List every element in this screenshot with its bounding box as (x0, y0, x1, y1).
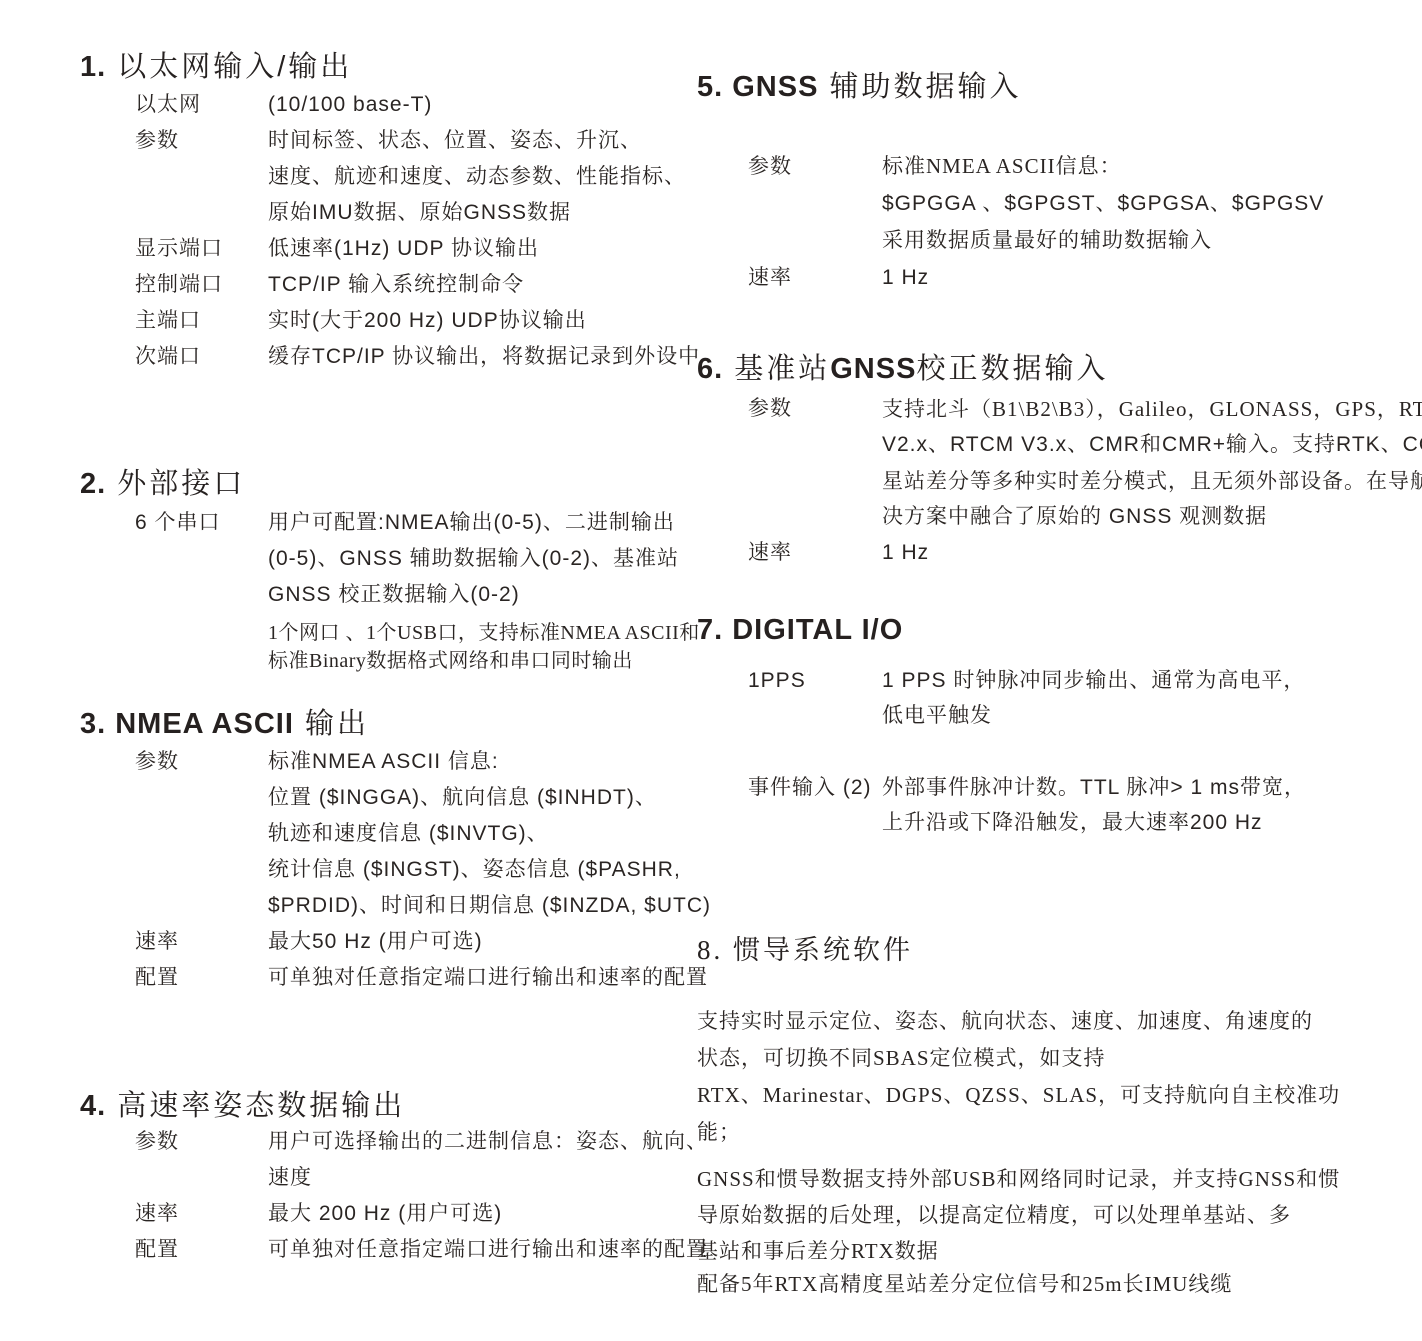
spec-row-event-input: 事件输入 (2) 外部事件脉冲计数。TTL 脉冲> 1 ms带宽， 上升沿或下降… (748, 770, 1398, 840)
spec-value-line: 上升沿或下降沿触发，最大速率200 Hz (882, 805, 1398, 840)
spec-label: 参数 (135, 744, 268, 780)
spec-value-line: GNSS 校正数据输入(0-2) (268, 577, 700, 613)
heading-title: 输出 (294, 708, 369, 740)
spec-row-ethernet: 以太网 (10/100 base-T) (135, 87, 695, 123)
section-1-heading: 1. 以太网输入/输出 (80, 44, 352, 85)
spec-value-line: 最大50 Hz (用户可选) (268, 924, 695, 960)
spec-value-line: TCP/IP 输入系统控制命令 (268, 267, 695, 303)
spec-label: 参数 (748, 391, 882, 427)
spec-row-params: 参数 标准NMEA ASCII信息： $GPGGA 、$GPGST、$GPGSA… (748, 148, 1398, 259)
section-5-heading: 5. GNSS 辅助数据输入 (697, 64, 1022, 105)
spec-row-main-port: 主端口 实时(大于200 Hz) UDP协议输出 (135, 303, 695, 339)
heading-title: 辅助数据输入 (818, 71, 1021, 103)
spec-row-config: 配置 可单独对任意指定端口进行输出和速率的配置 (135, 960, 695, 996)
spec-row-rate: 速率 1 Hz (748, 259, 1398, 296)
heading-title: 外部接口 (106, 468, 245, 500)
spec-label: 1PPS (748, 663, 882, 698)
spec-value-line: $GPGGA 、$GPGST、$GPGSA、$GPGSV (882, 185, 1398, 222)
section-2-rows: 6 个串口 用户可配置:NMEA输出(0-5)、二进制输出 (0-5)、GNSS… (135, 505, 695, 675)
spec-label: 参数 (135, 1124, 268, 1160)
paragraph-line: 导原始数据的后处理，以提高定位精度，可以处理单基站、多 (697, 1197, 1397, 1233)
heading-number: 3. NMEA ASCII (80, 708, 294, 740)
spec-value-line: 可单独对任意指定端口进行输出和速率的配置 (268, 1232, 708, 1268)
heading-title: 以太网输入/输出 (106, 51, 352, 83)
section-4-heading: 4. 高速率姿态数据输出 (80, 1083, 405, 1124)
paragraph-line: RTX、Marinestar、DGPS、QZSS、SLAS，可支持航向自主校准功 (697, 1077, 1397, 1114)
spec-value-line: 实时(大于200 Hz) UDP协议输出 (268, 303, 695, 339)
heading-number: 5. GNSS (697, 71, 818, 103)
spec-value-line: (10/100 base-T) (268, 87, 695, 123)
heading-title: 基准站 (723, 353, 830, 385)
section-6-rows: 参数 支持北斗（B1\B2\B3），Galileo，GLONASS，GPS，RT… (748, 391, 1408, 571)
spec-note-line: 1个网口 、1个USB口，支持标准NMEA ASCII和 (268, 619, 700, 647)
spec-label: 配置 (135, 960, 268, 996)
spec-row-params: 参数 支持北斗（B1\B2\B3），Galileo，GLONASS，GPS，RT… (748, 391, 1408, 535)
spec-note-line: 标准Binary数据格式网络和串口同时输出 (268, 647, 700, 675)
spec-value-line: 标准NMEA ASCII 信息: (268, 744, 711, 780)
spec-row-rate: 速率 1 Hz (748, 535, 1408, 571)
spec-value-line: 低电平触发 (882, 698, 1398, 733)
spec-label: 速率 (748, 259, 882, 296)
section-7-row-event-input: 事件输入 (2) 外部事件脉冲计数。TTL 脉冲> 1 ms带宽， 上升沿或下降… (748, 770, 1398, 840)
spec-label: 速率 (135, 924, 268, 960)
section-8-heading: 8. 惯导系统软件 (697, 928, 913, 967)
spec-label: 参数 (748, 148, 882, 185)
spec-value-line: 1 Hz (882, 535, 1408, 571)
spec-row-params: 参数 时间标签、状态、位置、姿态、升沉、 速度、航迹和速度、动态参数、性能指标、… (135, 123, 695, 231)
heading-title: 7. DIGITAL I/O (697, 614, 903, 646)
spec-value-line: 时间标签、状态、位置、姿态、升沉、 (268, 123, 695, 159)
paragraph-line: 支持实时显示定位、姿态、航向状态、速度、加速度、角速度的 (697, 1003, 1397, 1040)
spec-row-params: 参数 标准NMEA ASCII 信息: 位置 ($INGGA)、航向信息 ($I… (135, 744, 695, 924)
paragraph-line: 能； (697, 1114, 1397, 1151)
spec-value-line: 采用数据质量最好的辅助数据输入 (882, 222, 1398, 259)
spec-value-line: 决方案中融合了原始的 GNSS 观测数据 (882, 499, 1422, 535)
section-8-paragraph-3: 配备5年RTX高精度星站差分定位信号和25m长IMU线缆 (697, 1266, 1397, 1303)
section-6-heading: 6. 基准站GNSS校正数据输入 (697, 346, 1108, 387)
section-5-rows: 参数 标准NMEA ASCII信息： $GPGGA 、$GPGST、$GPGSA… (748, 148, 1398, 296)
spec-value-line: 统计信息 ($INGST)、姿态信息 ($PASHR, (268, 852, 711, 888)
spec-row-serial-ports: 6 个串口 用户可配置:NMEA输出(0-5)、二进制输出 (0-5)、GNSS… (135, 505, 695, 675)
spec-value-line: 支持北斗（B1\B2\B3），Galileo，GLONASS，GPS，RTCM (882, 391, 1422, 427)
section-4-rows: 参数 用户可选择输出的二进制信息：姿态、航向、 速度 速率 最大 200 Hz … (135, 1124, 695, 1268)
spec-value-line: (0-5)、GNSS 辅助数据输入(0-2)、基准站 (268, 541, 700, 577)
spec-label: 速率 (748, 535, 882, 571)
heading-title: 校正数据输入 (916, 353, 1108, 385)
spec-value-line: 标准NMEA ASCII信息： (882, 148, 1398, 185)
heading-title: 8. 惯导系统软件 (697, 935, 913, 965)
spec-value-line: 最大 200 Hz (用户可选) (268, 1196, 695, 1232)
spec-value-line: 速度 (268, 1160, 708, 1196)
section-8-paragraph-1: 支持实时显示定位、姿态、航向状态、速度、加速度、角速度的 状态，可切换不同SBA… (697, 1003, 1397, 1151)
spec-value-line: 1 PPS 时钟脉冲同步输出、通常为高电平， (882, 663, 1398, 698)
spec-value-line: 用户可配置:NMEA输出(0-5)、二进制输出 (268, 505, 700, 541)
section-2-heading: 2. 外部接口 (80, 461, 245, 502)
spec-label: 主端口 (135, 303, 268, 339)
section-7-row-1pps: 1PPS 1 PPS 时钟脉冲同步输出、通常为高电平， 低电平触发 (748, 663, 1398, 733)
spec-label: 次端口 (135, 339, 268, 375)
spec-value-line: 外部事件脉冲计数。TTL 脉冲> 1 ms带宽， (882, 770, 1398, 805)
section-7-heading: 7. DIGITAL I/O (697, 614, 903, 647)
paragraph-line: 状态，可切换不同SBAS定位模式，如支持 (697, 1040, 1397, 1077)
section-3-rows: 参数 标准NMEA ASCII 信息: 位置 ($INGGA)、航向信息 ($I… (135, 744, 695, 996)
spec-row-display-port: 显示端口 低速率(1Hz) UDP 协议输出 (135, 231, 695, 267)
spec-row-1pps: 1PPS 1 PPS 时钟脉冲同步输出、通常为高电平， 低电平触发 (748, 663, 1398, 733)
heading-number: 2. (80, 468, 106, 500)
spec-row-config: 配置 可单独对任意指定端口进行输出和速率的配置 (135, 1232, 695, 1268)
paragraph-line: 基站和事后差分RTX数据 (697, 1233, 1397, 1269)
spec-label: 速率 (135, 1196, 268, 1232)
spec-value-line: V2.x、RTCM V3.x、CMR和CMR+输入。支持RTK、CORS、 (882, 427, 1422, 463)
spec-label: 配置 (135, 1232, 268, 1268)
paragraph-line: 配备5年RTX高精度星站差分定位信号和25m长IMU线缆 (697, 1266, 1397, 1303)
heading-number: 4. (80, 1090, 106, 1122)
spec-value-line: 用户可选择输出的二进制信息：姿态、航向、 (268, 1124, 708, 1160)
spec-value-line: 1 Hz (882, 259, 1398, 296)
spec-label: 事件输入 (2) (748, 770, 882, 805)
spec-value-line: 原始IMU数据、原始GNSS数据 (268, 195, 695, 231)
paragraph-line: GNSS和惯导数据支持外部USB和网络同时记录，并支持GNSS和惯 (697, 1161, 1397, 1197)
spec-value-line: $PRDID)、时间和日期信息 ($INZDA, $UTC) (268, 888, 711, 924)
spec-row-params: 参数 用户可选择输出的二进制信息：姿态、航向、 速度 (135, 1124, 695, 1196)
spec-row-rate: 速率 最大50 Hz (用户可选) (135, 924, 695, 960)
spec-label: 显示端口 (135, 231, 268, 267)
spec-value-line: 缓存TCP/IP 协议输出，将数据记录到外设中 (268, 339, 700, 375)
spec-label: 控制端口 (135, 267, 268, 303)
spec-value-line: 低速率(1Hz) UDP 协议输出 (268, 231, 695, 267)
spec-value-line: 位置 ($INGGA)、航向信息 ($INHDT)、 (268, 780, 711, 816)
heading-number: 6. (697, 353, 723, 385)
spec-value-line: 轨迹和速度信息 ($INVTG)、 (268, 816, 711, 852)
heading-latin: GNSS (830, 353, 916, 385)
section-1-rows: 以太网 (10/100 base-T) 参数 时间标签、状态、位置、姿态、升沉、… (135, 87, 695, 375)
spec-value-line: 可单独对任意指定端口进行输出和速率的配置 (268, 960, 708, 996)
heading-number: 1. (80, 51, 106, 83)
spec-row-rate: 速率 最大 200 Hz (用户可选) (135, 1196, 695, 1232)
spec-label: 参数 (135, 123, 268, 159)
spec-label: 以太网 (135, 87, 268, 123)
spec-value-line: 星站差分等多种实时差分模式，且无须外部设备。在导航解 (882, 463, 1422, 499)
section-3-heading: 3. NMEA ASCII 输出 (80, 701, 369, 742)
spec-row-secondary-port: 次端口 缓存TCP/IP 协议输出，将数据记录到外设中 (135, 339, 695, 375)
spec-document: { "page": {"background": "#ffffff", "tex… (0, 0, 1422, 1341)
heading-title: 高速率姿态数据输出 (106, 1090, 405, 1122)
section-8-paragraph-2: GNSS和惯导数据支持外部USB和网络同时记录，并支持GNSS和惯 导原始数据的… (697, 1161, 1397, 1269)
spec-value-line: 速度、航迹和速度、动态参数、性能指标、 (268, 159, 695, 195)
spec-label: 6 个串口 (135, 505, 268, 541)
spec-row-control-port: 控制端口 TCP/IP 输入系统控制命令 (135, 267, 695, 303)
